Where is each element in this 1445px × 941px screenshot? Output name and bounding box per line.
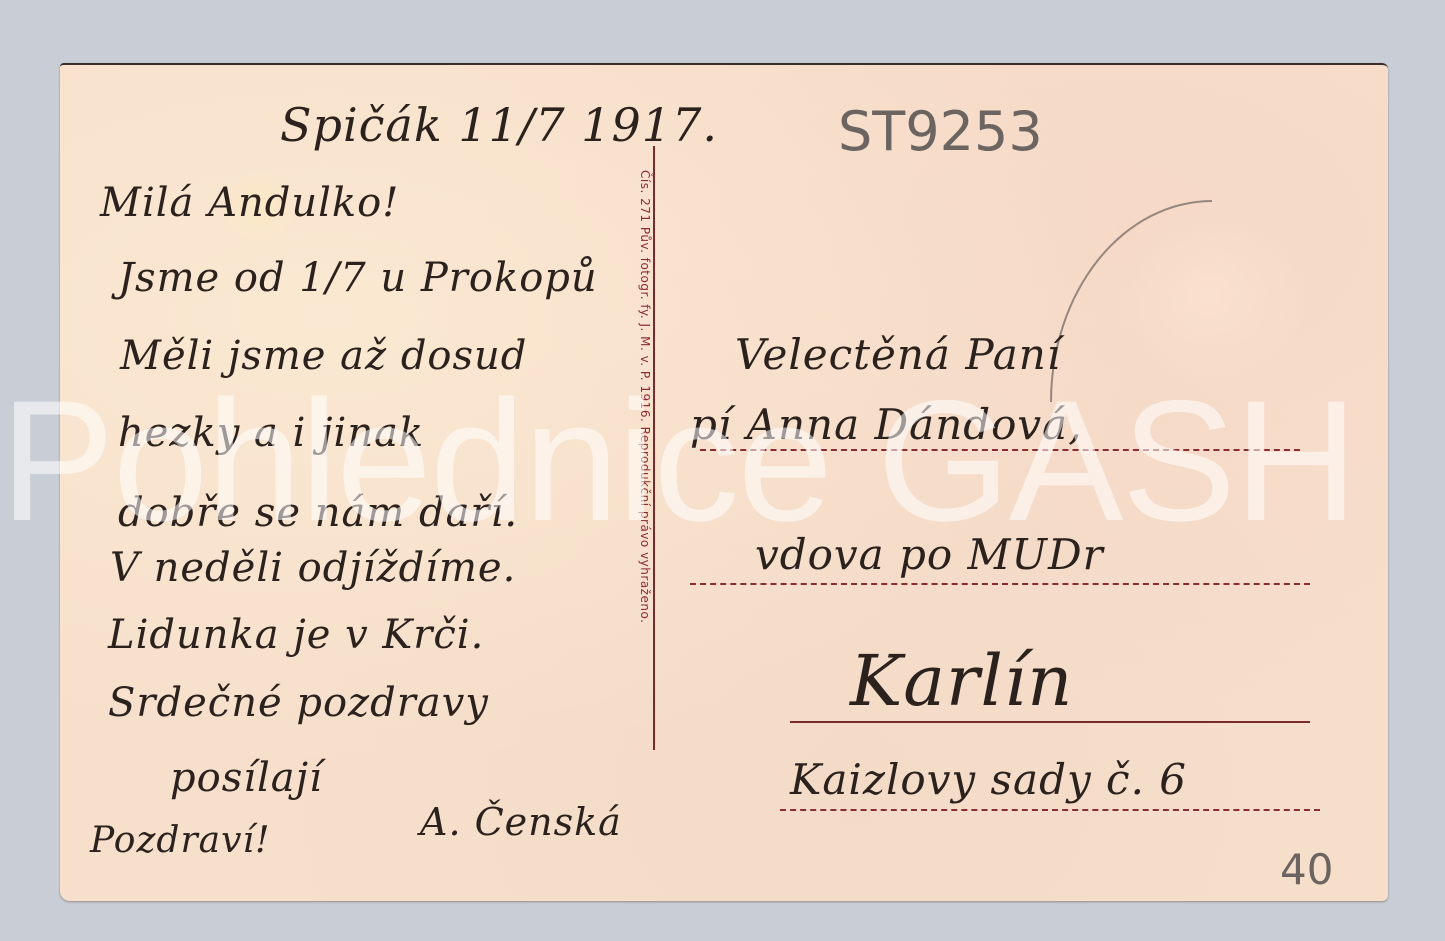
publisher-imprint: Čís. 271 Pův. fotogr. fy. J. M. v. P. 19… <box>632 170 652 750</box>
address-line-5: Kaizlovy sady č. 6 <box>790 755 1187 804</box>
message-line-7: Srdečné pozdravy <box>108 680 489 726</box>
price-mark: 40 <box>1280 845 1333 894</box>
address-line-1: Velectěná Paní <box>735 330 1061 379</box>
address-line-3: vdova po MUDr <box>755 530 1104 579</box>
closing: Pozdraví! <box>90 820 270 861</box>
address-rule-2 <box>690 583 1310 585</box>
message-line-6: Lidunka je v Krči. <box>108 612 484 658</box>
message-line-3: hezky a i jinak <box>118 410 424 456</box>
signature: A. Čenská <box>420 800 622 844</box>
inventory-code: ST9253 <box>838 100 1043 163</box>
address-line-2: pí Anna Dándová, <box>690 400 1083 449</box>
message-line-5: V neděli odjíždíme. <box>110 545 516 591</box>
message-line-4: dobře se nám daří. <box>118 490 518 536</box>
address-line-4-city: Karlín <box>850 640 1073 722</box>
message-line-8: posílají <box>170 755 323 801</box>
place-date: Spičák 11/7 1917. <box>280 98 718 152</box>
address-rule-1 <box>700 449 1300 451</box>
message-line-1: Jsme od 1/7 u Prokopů <box>118 255 598 301</box>
message-line-2: Měli jsme až dosud <box>120 333 527 379</box>
center-divider-line <box>653 146 655 750</box>
salutation: Milá Andulko! <box>100 180 399 226</box>
address-rule-4 <box>780 809 1320 811</box>
